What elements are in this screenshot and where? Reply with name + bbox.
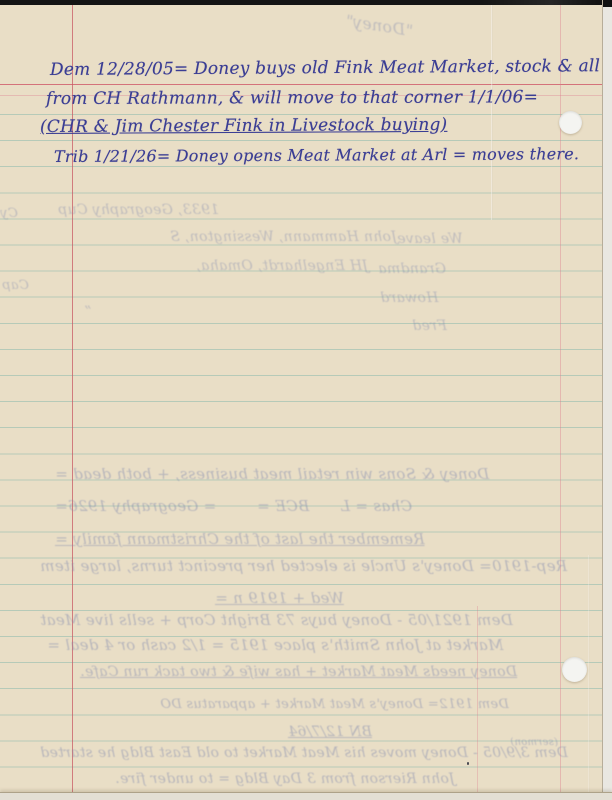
handwriting-line: Trib 1/21/26= Doney opens Meat Market at…	[54, 144, 579, 166]
bleedthrough-line: We leave	[397, 231, 463, 247]
bleedthrough-line: Howard	[380, 290, 438, 306]
bleedthrough-line: Dem 3/9/05 - Doney moves his Meat Market…	[40, 745, 568, 761]
handwriting-line: from CH Rathmann, & will move to that co…	[46, 87, 538, 109]
bleedthrough-line: Rep-1910= Doney's Uncle is elected her p…	[40, 557, 567, 575]
bleedthrough-line: Doney & Sons win retail meat business, +…	[55, 465, 489, 483]
bleedthrough-line: Fred	[412, 318, 447, 334]
bleedthrough-line: Chas = L BCE = = Geography 1926=	[55, 497, 412, 515]
scanner-edge-bottom	[0, 792, 612, 800]
bleedthrough-line: JH Engelhardt, Omaha,	[196, 258, 368, 274]
bleedthrough-line: 1933, Geography Cup	[58, 202, 219, 218]
bleedthrough-line: John Hammann, Wessington, S	[170, 229, 397, 245]
scanner-edge-top	[0, 0, 612, 5]
handwriting-line: Dem 12/28/05= Doney buys old Fink Meat M…	[50, 56, 612, 80]
bleedthrough-line: John Rierson from 3 Day Bldg = to under …	[115, 771, 455, 787]
bleedthrough-line: Wed + 1919 n =	[215, 589, 344, 607]
scanned-page: "Doney"1933, Geography CupCyJohn Hammann…	[0, 0, 612, 800]
bleedthrough-line: Remember the last of the Christmann fami…	[55, 530, 425, 548]
punch-hole-top	[559, 111, 582, 134]
bleedthrough-line: Grandma	[378, 261, 446, 277]
scanner-corner	[603, 0, 612, 7]
bleedthrough-line: Dem 1921/05 - Doney buys 73 Bright Corp …	[40, 611, 513, 629]
handwriting-line: (CHR & Jim Chester Fink in Livestock buy…	[40, 115, 447, 137]
punch-hole-bottom	[562, 657, 587, 682]
ink-speck	[467, 762, 469, 765]
paper-crease	[491, 5, 493, 220]
paper-crease	[588, 555, 590, 795]
bleedthrough-line: Cy	[0, 206, 18, 221]
bleedthrough-line: Market at John Smith's place 1915 = 1/2 …	[42, 636, 503, 654]
red-header-line	[0, 84, 603, 85]
scanner-edge-right	[602, 0, 612, 800]
bleedthrough-line: Cap	[2, 278, 29, 293]
bleedthrough-line: Dem 1912= Doney's Meat Market + apparatu…	[160, 697, 509, 712]
bleedthrough-line: ”	[84, 304, 91, 320]
bleedthrough-line: Doney needs Meat Market + has wife & two…	[80, 664, 517, 680]
bleedthrough-line: BN 12/7/64	[288, 724, 372, 740]
